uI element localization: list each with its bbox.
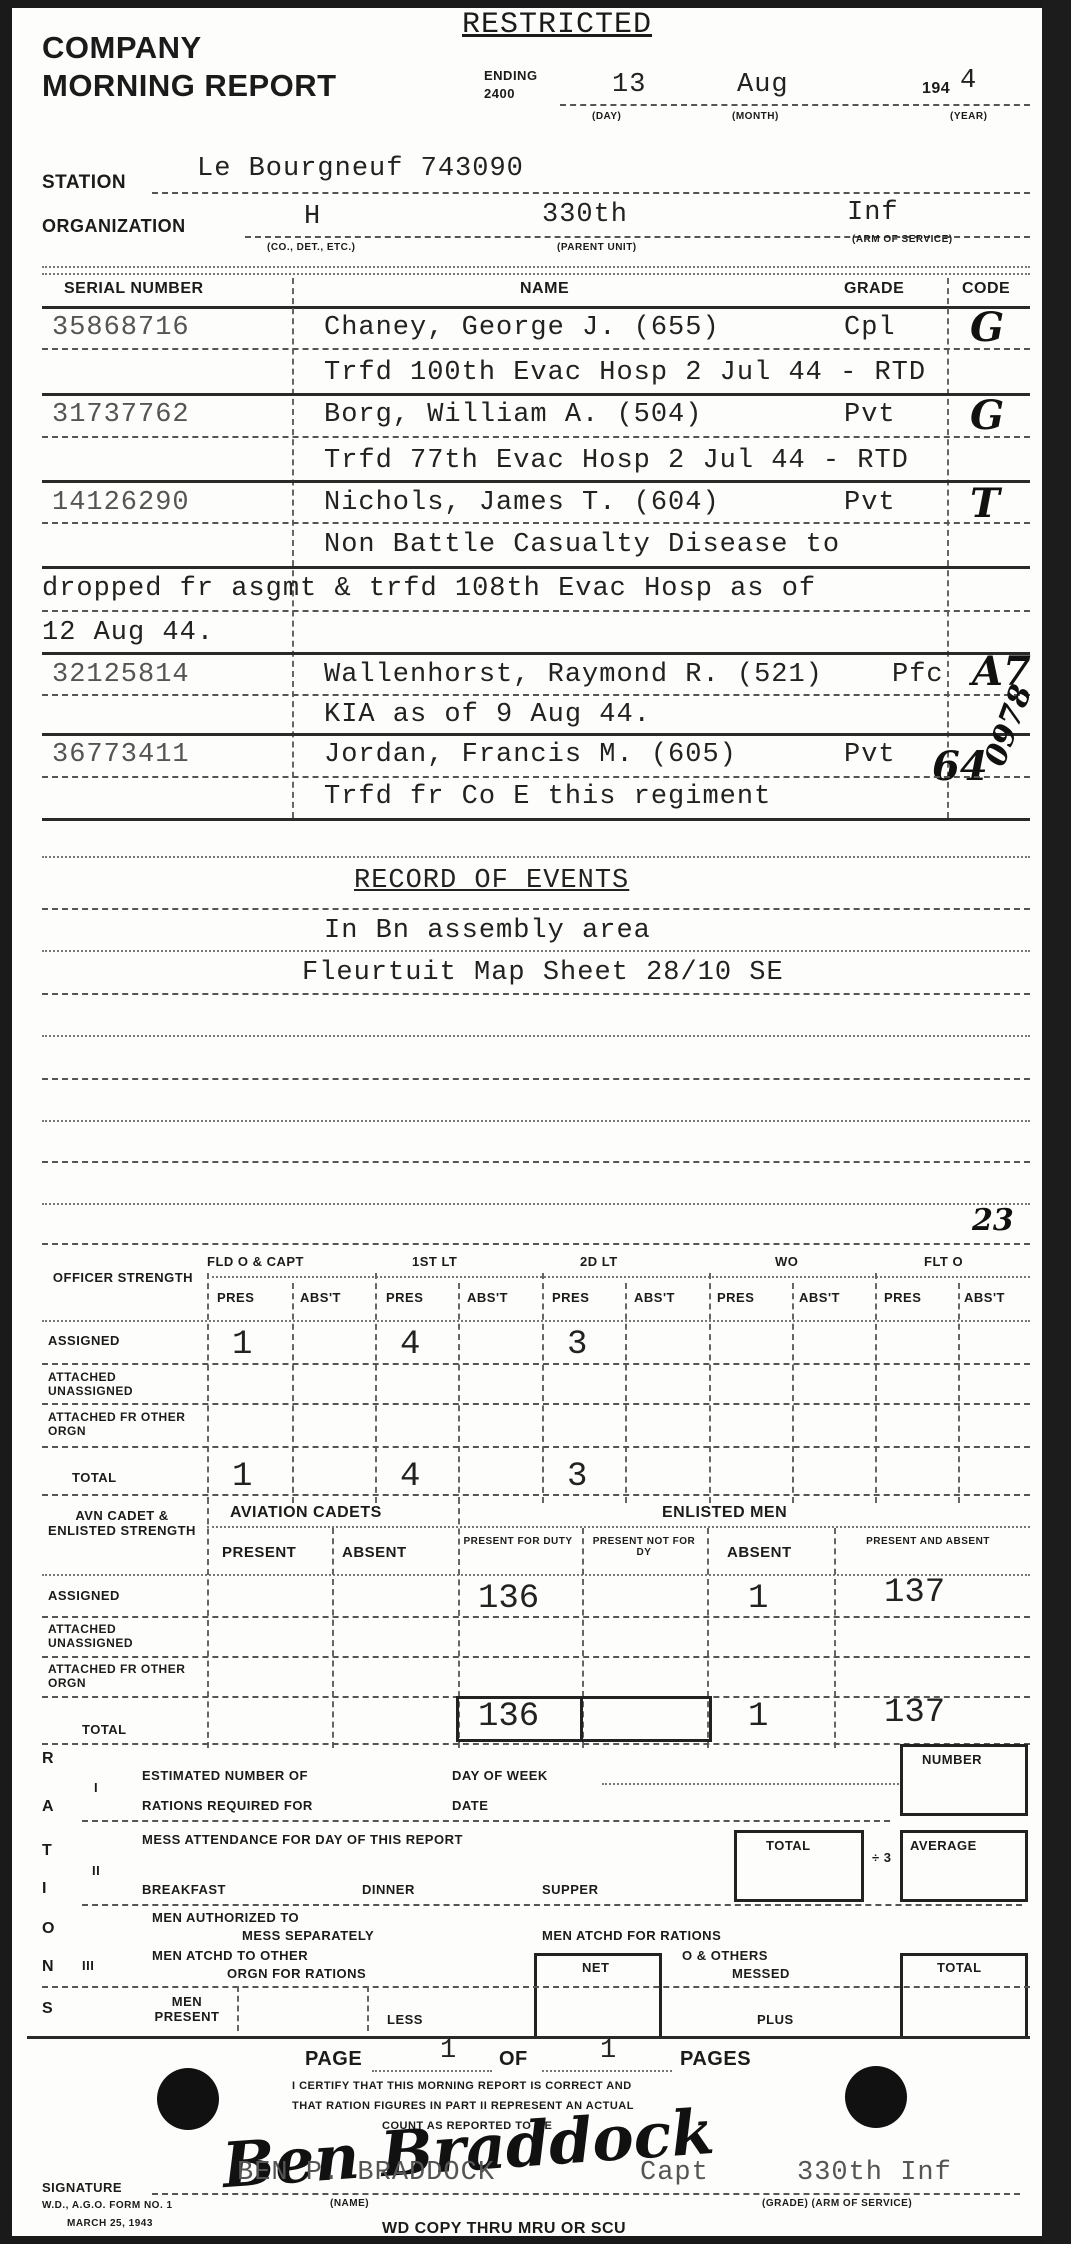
signer-name: BEN P. BRADDOCK [237, 2158, 495, 2188]
entry-remark-continued: 12 Aug 44. [42, 618, 214, 648]
entry-remark-continued: dropped fr asgmt & trfd 108th Evac Hosp … [42, 574, 816, 604]
soldier-name: Chaney, George J. (655) [324, 313, 720, 343]
station-value[interactable]: Le Bourgneuf 743090 [197, 154, 524, 184]
soldier-name: Wallenhorst, Raymond R. (521) [324, 660, 823, 690]
status-code: G [970, 392, 1004, 439]
entry-remark: KIA as of 9 Aug 44. [324, 700, 651, 730]
morning-report-form: COMPANY MORNING REPORT RESTRICTED ENDING… [12, 8, 1042, 2236]
present-for-duty: 136 [478, 1580, 539, 1618]
status-code: T [970, 480, 1000, 527]
soldier-name: Borg, William A. (504) [324, 400, 702, 430]
row-total: TOTAL [72, 1470, 117, 1485]
soldier-grade: Pvt [844, 400, 896, 430]
total-absent: 1 [748, 1698, 768, 1736]
soldier-grade: Pvt [844, 488, 896, 518]
org-parent-unit[interactable]: 330th [542, 200, 628, 230]
officer-strength-header: OFFICER STRENGTH [48, 1270, 198, 1285]
row-attached-unassigned: ATTACHED UNASSIGNED [48, 1370, 198, 1398]
serial-number: 31737762 [52, 400, 190, 430]
total-present-for-duty: 136 [478, 1698, 539, 1736]
soldier-grade: Pvt [844, 740, 896, 770]
total-pages: 1 [600, 2036, 617, 2066]
punch-hole [845, 2066, 907, 2128]
signer-grade: Capt [640, 2158, 709, 2188]
copy-note: WD COPY THRU MRU OR SCU [382, 2220, 626, 2238]
year-prefix: 194 [922, 80, 950, 98]
entry-remark: Non Battle Casualty Disease to [324, 530, 840, 560]
station-label: STATION [42, 172, 126, 194]
status-code: 64 [932, 743, 988, 790]
col-grade: GRADE [844, 280, 904, 298]
punch-hole [157, 2068, 219, 2130]
row-total: TOTAL [82, 1722, 127, 1737]
col-serial-number: SERIAL NUMBER [64, 280, 204, 298]
report-month[interactable]: Aug [737, 70, 789, 100]
status-code: G [970, 304, 1004, 351]
classification-stamp: RESTRICTED [462, 8, 652, 42]
serial-number: 32125814 [52, 660, 190, 690]
row-attached-other-orgn: ATTACHED FR OTHER ORGN [48, 1662, 198, 1690]
page-number: 1 [440, 2036, 457, 2066]
event-line: In Bn assembly area [324, 916, 651, 946]
enlisted-strength-header: AVN CADET & ENLISTED STRENGTH [42, 1508, 202, 1538]
soldier-grade: Cpl [844, 313, 896, 343]
absent: 1 [748, 1580, 768, 1618]
col-code: CODE [962, 280, 1010, 298]
total-present-and-absent: 137 [884, 1694, 945, 1732]
form-title-line2: MORNING REPORT [42, 68, 337, 104]
form-title-line1: COMPANY [42, 30, 202, 66]
serial-number: 36773411 [52, 740, 190, 770]
entry-remark: Trfd fr Co E this regiment [324, 782, 771, 812]
col-name: NAME [520, 280, 569, 298]
serial-number: 35868716 [52, 313, 190, 343]
entry-remark: Trfd 77th Evac Hosp 2 Jul 44 - RTD [324, 446, 909, 476]
present-and-absent: 137 [884, 1574, 945, 1612]
serial-number: 14126290 [52, 488, 190, 518]
organization-label: ORGANIZATION [42, 216, 186, 237]
row-assigned: ASSIGNED [48, 1588, 120, 1603]
entry-remark: Trfd 100th Evac Hosp 2 Jul 44 - RTD [324, 358, 926, 388]
soldier-name: Jordan, Francis M. (605) [324, 740, 737, 770]
ending-label: ENDING [484, 68, 538, 83]
org-arm-of-service[interactable]: Inf [847, 198, 899, 228]
soldier-grade: Pfc [892, 660, 944, 690]
org-company[interactable]: H [304, 202, 321, 232]
margin-note: 23 [972, 1203, 1014, 1238]
signer-unit: 330th Inf [797, 2158, 952, 2188]
row-assigned: ASSIGNED [48, 1333, 120, 1348]
event-line: Fleurtuit Map Sheet 28/10 SE [302, 958, 784, 988]
ending-time-label: 2400 [484, 86, 515, 101]
report-year[interactable]: 4 [960, 66, 977, 96]
soldier-name: Nichols, James T. (604) [324, 488, 720, 518]
events-heading: RECORD OF EVENTS [354, 866, 629, 896]
scan-border [1042, 0, 1071, 2244]
row-attached-unassigned: ATTACHED UNASSIGNED [48, 1622, 198, 1650]
report-day[interactable]: 13 [612, 70, 646, 100]
row-attached-other-orgn: ATTACHED FR OTHER ORGN [48, 1410, 198, 1438]
